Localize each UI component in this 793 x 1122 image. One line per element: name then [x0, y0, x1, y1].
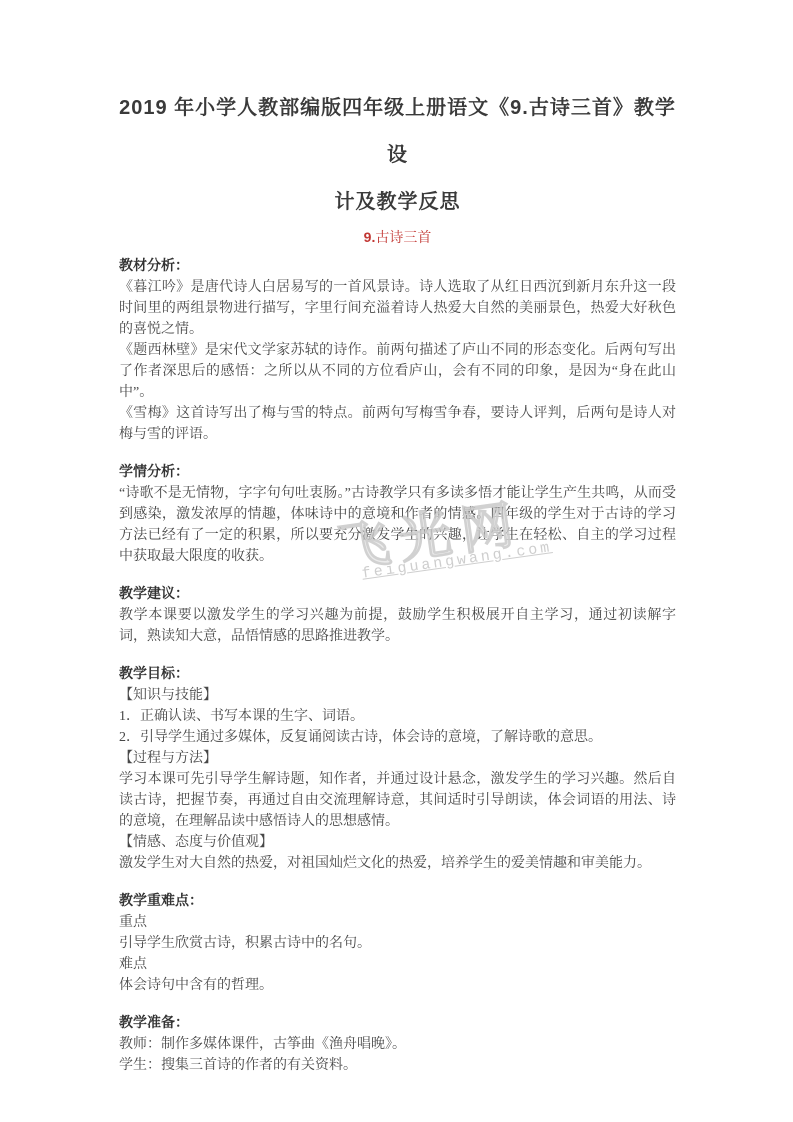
section-heading: 学情分析： — [119, 462, 676, 483]
paragraph: 激发学生对大自然的热爱，对祖国灿烂文化的热爱，培养学生的爱美情趣和审美能力。 — [119, 853, 676, 874]
lesson-number: 9. — [364, 229, 376, 245]
section-learner-analysis: 学情分析： “诗歌不是无情物，字字句句吐衷肠。”古诗教学只有多读多悟才能让学生产… — [119, 462, 676, 567]
objective-subhead-emotion-values: 【情感、态度与价值观】 — [119, 832, 676, 853]
document-title-line-2: 计及教学反思 — [119, 179, 676, 226]
objective-subhead-knowledge-skills: 【知识与技能】 — [119, 685, 676, 706]
section-heading: 教学重难点： — [119, 891, 676, 912]
lesson-subtitle: 9.古诗三首 — [119, 227, 676, 249]
lesson-subtitle-text: 古诗三首 — [375, 231, 431, 246]
section-teaching-preparation: 教学准备： 教师：制作多媒体课件，古筝曲《渔舟唱晚》。 学生：搜集三首诗的作者的… — [119, 1013, 676, 1076]
paragraph: 《雪梅》这首诗写出了梅与雪的特点。前两句写梅雪争春，要诗人评判，后两句是诗人对梅… — [119, 403, 676, 445]
paragraph: 《暮江吟》是唐代诗人白居易写的一首风景诗。诗人选取了从红日西沉到新月东升这一段时… — [119, 277, 676, 340]
difficult-point-label: 难点 — [119, 954, 676, 975]
key-point-label: 重点 — [119, 912, 676, 933]
section-heading: 教材分析： — [119, 256, 676, 277]
section-heading: 教学目标： — [119, 664, 676, 685]
key-point-text: 引导学生欣赏古诗，积累古诗中的名句。 — [119, 933, 676, 954]
section-material-analysis: 教材分析： 《暮江吟》是唐代诗人白居易写的一首风景诗。诗人选取了从红日西沉到新月… — [119, 256, 676, 445]
section-heading: 教学准备： — [119, 1013, 676, 1034]
paragraph: “诗歌不是无情物，字字句句吐衷肠。”古诗教学只有多读多悟才能让学生产生共鸣，从而… — [119, 483, 676, 567]
section-teaching-suggestion: 教学建议： 教学本课要以激发学生的学习兴趣为前提，鼓励学生积极展开自主学习，通过… — [119, 584, 676, 647]
section-key-difficult-points: 教学重难点： 重点 引导学生欣赏古诗，积累古诗中的名句。 难点 体会诗句中含有的… — [119, 891, 676, 996]
difficult-point-text: 体会诗句中含有的哲理。 — [119, 975, 676, 996]
paragraph: 《题西林壁》是宋代文学家苏轼的诗作。前两句描述了庐山不同的形态变化。后两句写出了… — [119, 340, 676, 403]
document-page: 2019 年小学人教部编版四年级上册语文《9.古诗三首》教学设 计及教学反思 9… — [0, 0, 793, 1122]
preparation-teacher: 教师：制作多媒体课件，古筝曲《渔舟唱晚》。 — [119, 1034, 676, 1055]
preparation-student: 学生：搜集三首诗的作者的有关资料。 — [119, 1055, 676, 1076]
paragraph: 教学本课要以激发学生的学习兴趣为前提，鼓励学生积极展开自主学习，通过初读解字词，… — [119, 605, 676, 647]
document-title: 2019 年小学人教部编版四年级上册语文《9.古诗三首》教学设 计及教学反思 — [119, 85, 676, 226]
paragraph: 学习本课可先引导学生解诗题，知作者，并通过设计悬念，激发学生的学习兴趣。然后自读… — [119, 769, 676, 832]
objective-item-1: 1．正确认读、书写本课的生字、词语。 — [119, 706, 676, 727]
objective-item-2: 2．引导学生通过多媒体，反复诵阅读古诗，体会诗的意境，了解诗歌的意思。 — [119, 727, 676, 748]
document-title-line-1: 2019 年小学人教部编版四年级上册语文《9.古诗三首》教学设 — [119, 85, 676, 179]
document-body: 教材分析： 《暮江吟》是唐代诗人白居易写的一首风景诗。诗人选取了从红日西沉到新月… — [119, 256, 676, 1076]
objective-subhead-process-method: 【过程与方法】 — [119, 748, 676, 769]
section-teaching-objectives: 教学目标： 【知识与技能】 1．正确认读、书写本课的生字、词语。 2．引导学生通… — [119, 664, 676, 874]
section-heading: 教学建议： — [119, 584, 676, 605]
